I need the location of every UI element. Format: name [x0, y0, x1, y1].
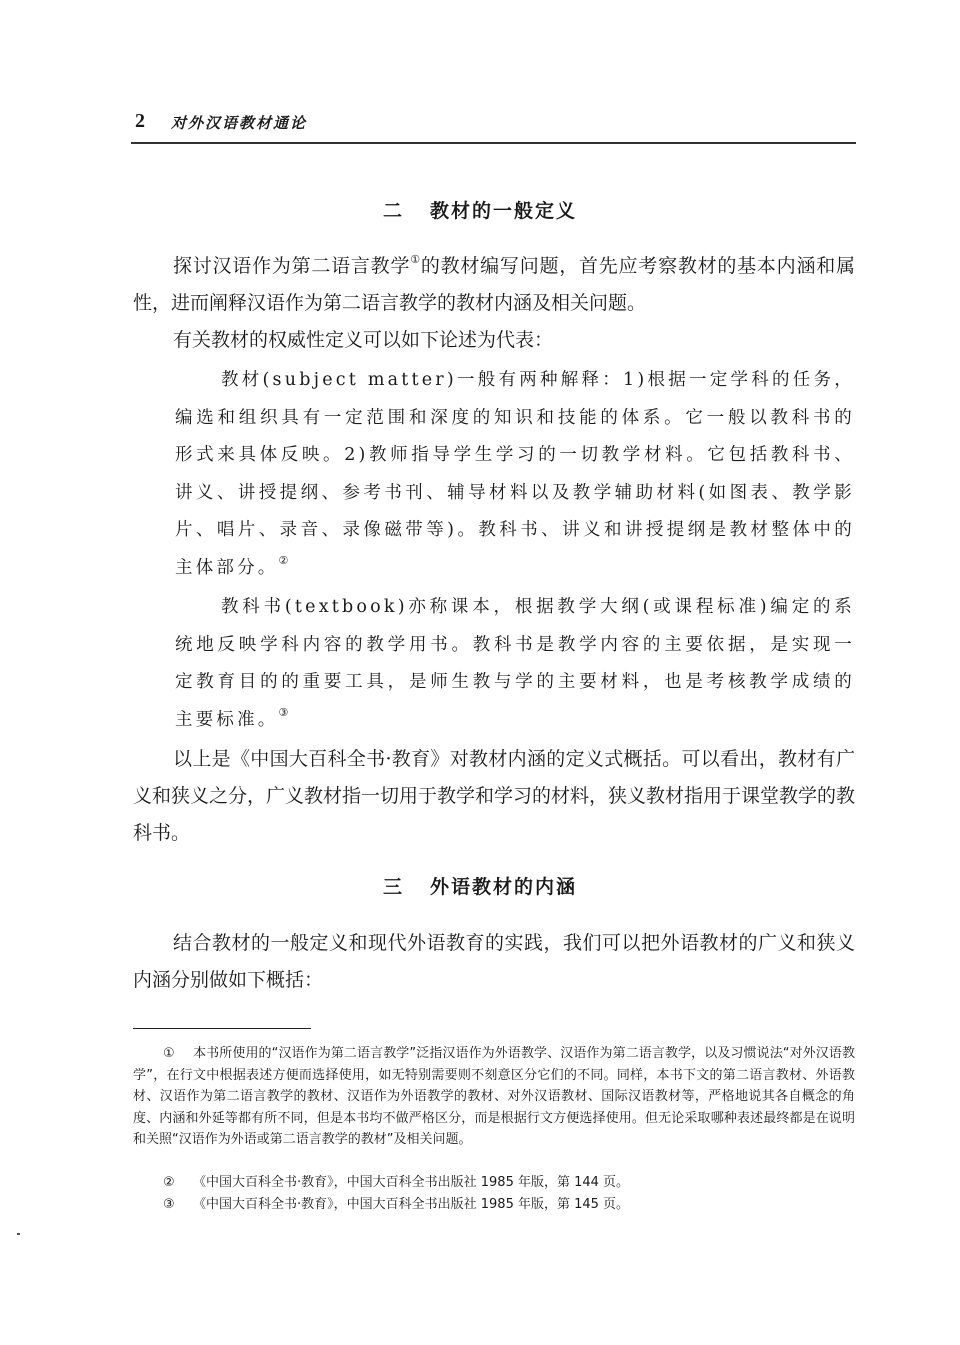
book-title: 对外汉语教材通论: [171, 112, 307, 133]
paragraph-summary: 以上是《中国大百科全书·教育》对教材内涵的定义式概括。可以看出，教材有广义和狭义…: [133, 741, 855, 852]
footnote-separator: [133, 1028, 311, 1029]
scan-artifact: [17, 1233, 20, 1235]
paragraph-intro: 探讨汉语作为第二语言教学①的教材编写问题，首先应考察教材的基本内涵和属性，进而阐…: [133, 248, 855, 322]
footnote-3: ③《中国大百科全书·教育》，中国大百科全书出版社 1985 年版，第 145 页…: [133, 1194, 855, 1216]
block-quote-textbook: 教科书(textbook)亦称课本，根据教学大纲(或课程标准)编定的系统地反映学…: [175, 589, 855, 739]
section-title: 教材的一般定义: [430, 200, 577, 222]
paragraph-definition-lead: 有关教材的权威性定义可以如下论述为代表：: [133, 322, 855, 359]
section-heading-2: 二教材的一般定义: [0, 196, 960, 223]
footnote-2: ②《中国大百科全书·教育》，中国大百科全书出版社 1985 年版，第 144 页…: [133, 1172, 855, 1194]
footnote-1: ①本书所使用的“汉语作为第二语言教学”泛指汉语作为外语教学、汉语作为第二语言教学…: [133, 1043, 855, 1151]
footnote-mark: ③: [163, 1194, 193, 1216]
section-number: 二: [383, 200, 404, 222]
footnote-ref-1[interactable]: ①: [410, 253, 421, 266]
footnote-mark: ①: [163, 1043, 193, 1065]
book-page: 2 对外汉语教材通论 二教材的一般定义 探讨汉语作为第二语言教学①的教材编写问题…: [0, 0, 960, 1345]
section-heading-3: 三外语教材的内涵: [0, 872, 960, 899]
paragraph-foreign-language: 结合教材的一般定义和现代外语教育的实践，我们可以把外语教材的广义和狭义内涵分别做…: [133, 925, 855, 999]
footnote-ref-3[interactable]: ③: [279, 706, 289, 719]
page-number: 2: [135, 110, 145, 133]
block-quote-subject-matter: 教材(subject matter)一般有两种解释：1)根据一定学科的任务，编选…: [175, 362, 855, 587]
section-title: 外语教材的内涵: [430, 876, 577, 898]
footnote-mark: ②: [163, 1172, 193, 1194]
header-rule: [131, 142, 856, 144]
footnote-ref-2[interactable]: ②: [279, 554, 289, 567]
section-number: 三: [383, 876, 404, 898]
